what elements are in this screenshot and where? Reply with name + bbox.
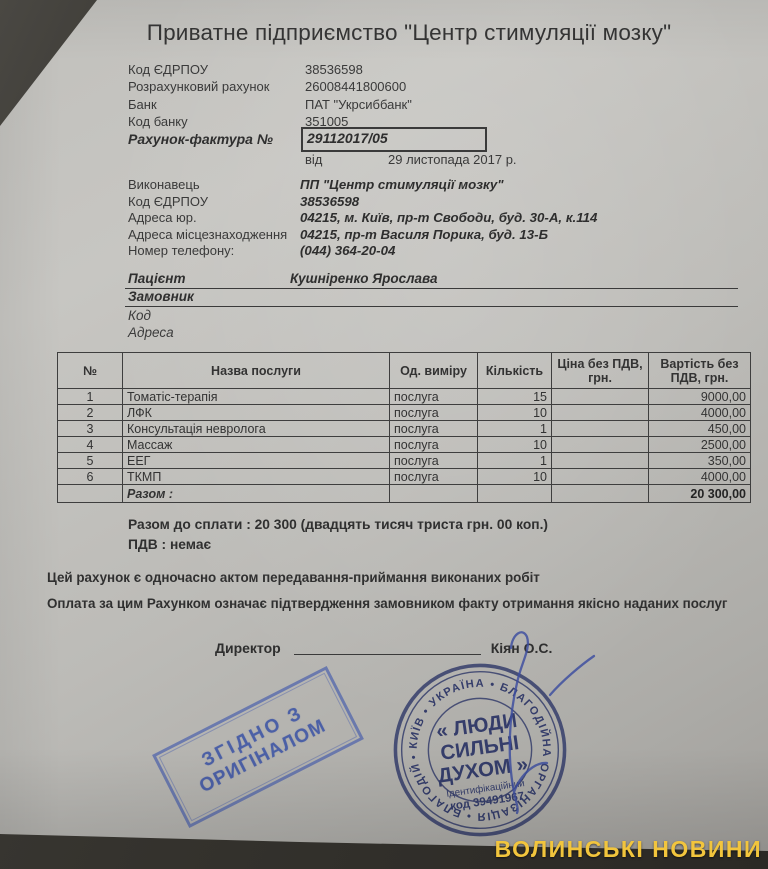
total-row: Разом : 20 300,00 (58, 485, 751, 503)
approval-stamp-line2: ОРИГІНАЛОМ (196, 715, 330, 798)
note-line: Оплата за цим Рахунком означає підтвердж… (47, 596, 728, 611)
bank-field-row: Банк ПАТ "Укрсиббанк" (128, 96, 412, 113)
col-unit: Од. виміру (390, 353, 478, 389)
cell-unit: послуга (390, 453, 478, 469)
cell-name: ЛФК (123, 405, 390, 421)
cell-name: ТКМП (123, 469, 390, 485)
cell-price (552, 389, 649, 405)
col-price: Ціна без ПДВ, грн. (552, 353, 649, 389)
field-label: Виконавець (128, 177, 300, 194)
executor-row: Код ЄДРПОУ 38536598 (128, 194, 597, 211)
cell-qty: 10 (478, 437, 552, 453)
field-value: 38536598 (305, 61, 363, 78)
cell-qty: 10 (478, 469, 552, 485)
service-row: 2 ЛФК послуга 10 4000,00 (58, 405, 751, 421)
customer-label: Замовник (128, 289, 290, 304)
field-value: 38536598 (300, 194, 359, 211)
cell-num: 4 (58, 437, 123, 453)
executor-row: Номер телефону: (044) 364-20-04 (128, 243, 597, 260)
field-value: (044) 364-20-04 (300, 243, 395, 260)
signature-line (294, 640, 481, 655)
table-header-row: № Назва послуги Од. виміру Кількість Цін… (58, 353, 751, 389)
col-service: Назва послуги (123, 353, 390, 389)
bank-field-row: Розрахунковий рахунок 26008441800600 (128, 78, 412, 95)
bank-field-row: Код ЄДРПОУ 38536598 (128, 61, 412, 78)
cell-num: 2 (58, 405, 123, 421)
cell-amount: 4000,00 (649, 469, 751, 485)
cell-qty: 1 (478, 453, 552, 469)
field-label: Код банку (128, 113, 305, 130)
field-label: Код ЄДРПОУ (128, 194, 300, 211)
field-value: 04215, пр-т Василя Порика, буд. 13-Б (300, 227, 548, 244)
field-value: ПП "Центр стимуляції мозку" (300, 177, 504, 194)
watermark-volynski-novyny: ВОЛИНСЬКІ НОВИНИ (495, 836, 762, 863)
invoice-paper: Приватне підприємство "Центр стимуляції … (0, 0, 768, 869)
director-row: Директор Кіян О.С. (215, 640, 552, 656)
cell-name: Консультація невролога (123, 421, 390, 437)
photo-background: Приватне підприємство "Центр стимуляції … (0, 0, 768, 869)
cell-qty: 15 (478, 389, 552, 405)
approval-stamp: ЗГІДНО З ОРИГІНАЛОМ (152, 666, 364, 828)
cell-num: 3 (58, 421, 123, 437)
field-label: Адреса юр. (128, 210, 300, 227)
customer-line: Замовник (125, 289, 738, 307)
patient-name: Кушніренко Ярослава (290, 271, 438, 286)
note-line: Цей рахунок є одночасно актом передаванн… (47, 570, 728, 585)
cell-price (552, 437, 649, 453)
patient-block: Пацієнт Кушніренко Ярослава Замовник Код… (125, 271, 738, 341)
cell-amount: 450,00 (649, 421, 751, 437)
cell-qty: 10 (478, 405, 552, 421)
field-value: 26008441800600 (305, 78, 406, 95)
notes-block: Цей рахунок є одночасно актом передаванн… (47, 570, 728, 611)
field-value: 04215, м. Київ, пр-т Свободи, буд. 30-А,… (300, 210, 597, 227)
col-amount: Вартість без ПДВ, грн. (649, 353, 751, 389)
invoice-date-value: 29 листопада 2017 р. (388, 152, 517, 167)
cell-amount: 350,00 (649, 453, 751, 469)
cell-amount: 9000,00 (649, 389, 751, 405)
cell-num: 5 (58, 453, 123, 469)
field-value: ПАТ "Укрсиббанк" (305, 96, 412, 113)
col-num: № (58, 353, 123, 389)
cell-name: ЕЕГ (123, 453, 390, 469)
director-label: Директор (215, 640, 281, 656)
service-row: 6 ТКМП послуга 10 4000,00 (58, 469, 751, 485)
invoice-number-label: Рахунок-фактура № (128, 131, 273, 147)
org-round-stamp: • КИЇВ • УКРАЇНА • БЛАГОДІЙНА ОРГАНІЗАЦІ… (379, 649, 580, 850)
cell-qty: 1 (478, 421, 552, 437)
field-label: Розрахунковий рахунок (128, 78, 305, 95)
service-row: 3 Консультація невролога послуга 1 450,0… (58, 421, 751, 437)
executor-details: Виконавець ПП "Центр стимуляції мозку" К… (128, 177, 597, 260)
patient-label: Пацієнт (128, 271, 290, 286)
total-amount: 20 300,00 (649, 485, 751, 503)
cell-price (552, 453, 649, 469)
amount-due-line: Разом до сплати : 20 300 (двадцять тисяч… (128, 515, 548, 535)
services-table-wrap: № Назва послуги Од. виміру Кількість Цін… (57, 352, 751, 503)
invoice-date-label: від (305, 152, 322, 167)
cell-num: 6 (58, 469, 123, 485)
cell-num: 1 (58, 389, 123, 405)
executor-row: Адреса юр. 04215, м. Київ, пр-т Свободи,… (128, 210, 597, 227)
cell-price (552, 405, 649, 421)
cell-price (552, 421, 649, 437)
cell-unit: послуга (390, 389, 478, 405)
field-label: Номер телефону: (128, 243, 300, 260)
service-row: 5 ЕЕГ послуга 1 350,00 (58, 453, 751, 469)
invoice-date-row: від 29 листопада 2017 р. (305, 152, 517, 167)
cell-name: Массаж (123, 437, 390, 453)
service-row: 1 Томатіс-терапія послуга 15 9000,00 (58, 389, 751, 405)
vat-line: ПДВ : немає (128, 535, 548, 555)
field-label: Код ЄДРПОУ (128, 61, 305, 78)
address-label: Адреса (125, 324, 738, 341)
bank-details: Код ЄДРПОУ 38536598 Розрахунковий рахуно… (128, 61, 412, 131)
cell-price (552, 469, 649, 485)
executor-row: Виконавець ПП "Центр стимуляції мозку" (128, 177, 597, 194)
cell-unit: послуга (390, 437, 478, 453)
company-title: Приватне підприємство "Центр стимуляції … (60, 20, 758, 46)
executor-row: Адреса місцезнаходження 04215, пр-т Васи… (128, 227, 597, 244)
cell-amount: 4000,00 (649, 405, 751, 421)
services-table: № Назва послуги Од. виміру Кількість Цін… (57, 352, 751, 503)
summary-block: Разом до сплати : 20 300 (двадцять тисяч… (128, 515, 548, 554)
field-label: Адреса місцезнаходження (128, 227, 300, 244)
cell-unit: послуга (390, 469, 478, 485)
patient-line: Пацієнт Кушніренко Ярослава (125, 271, 738, 289)
cell-name: Томатіс-терапія (123, 389, 390, 405)
invoice-number-box: 29112017/05 (301, 127, 487, 152)
field-label: Банк (128, 96, 305, 113)
cell-unit: послуга (390, 405, 478, 421)
code-label: Код (125, 307, 738, 324)
approval-stamp-line1: ЗГІДНО З (198, 702, 307, 772)
cell-amount: 2500,00 (649, 437, 751, 453)
col-qty: Кількість (478, 353, 552, 389)
service-row: 4 Массаж послуга 10 2500,00 (58, 437, 751, 453)
total-label: Разом : (123, 485, 390, 503)
cell-unit: послуга (390, 421, 478, 437)
